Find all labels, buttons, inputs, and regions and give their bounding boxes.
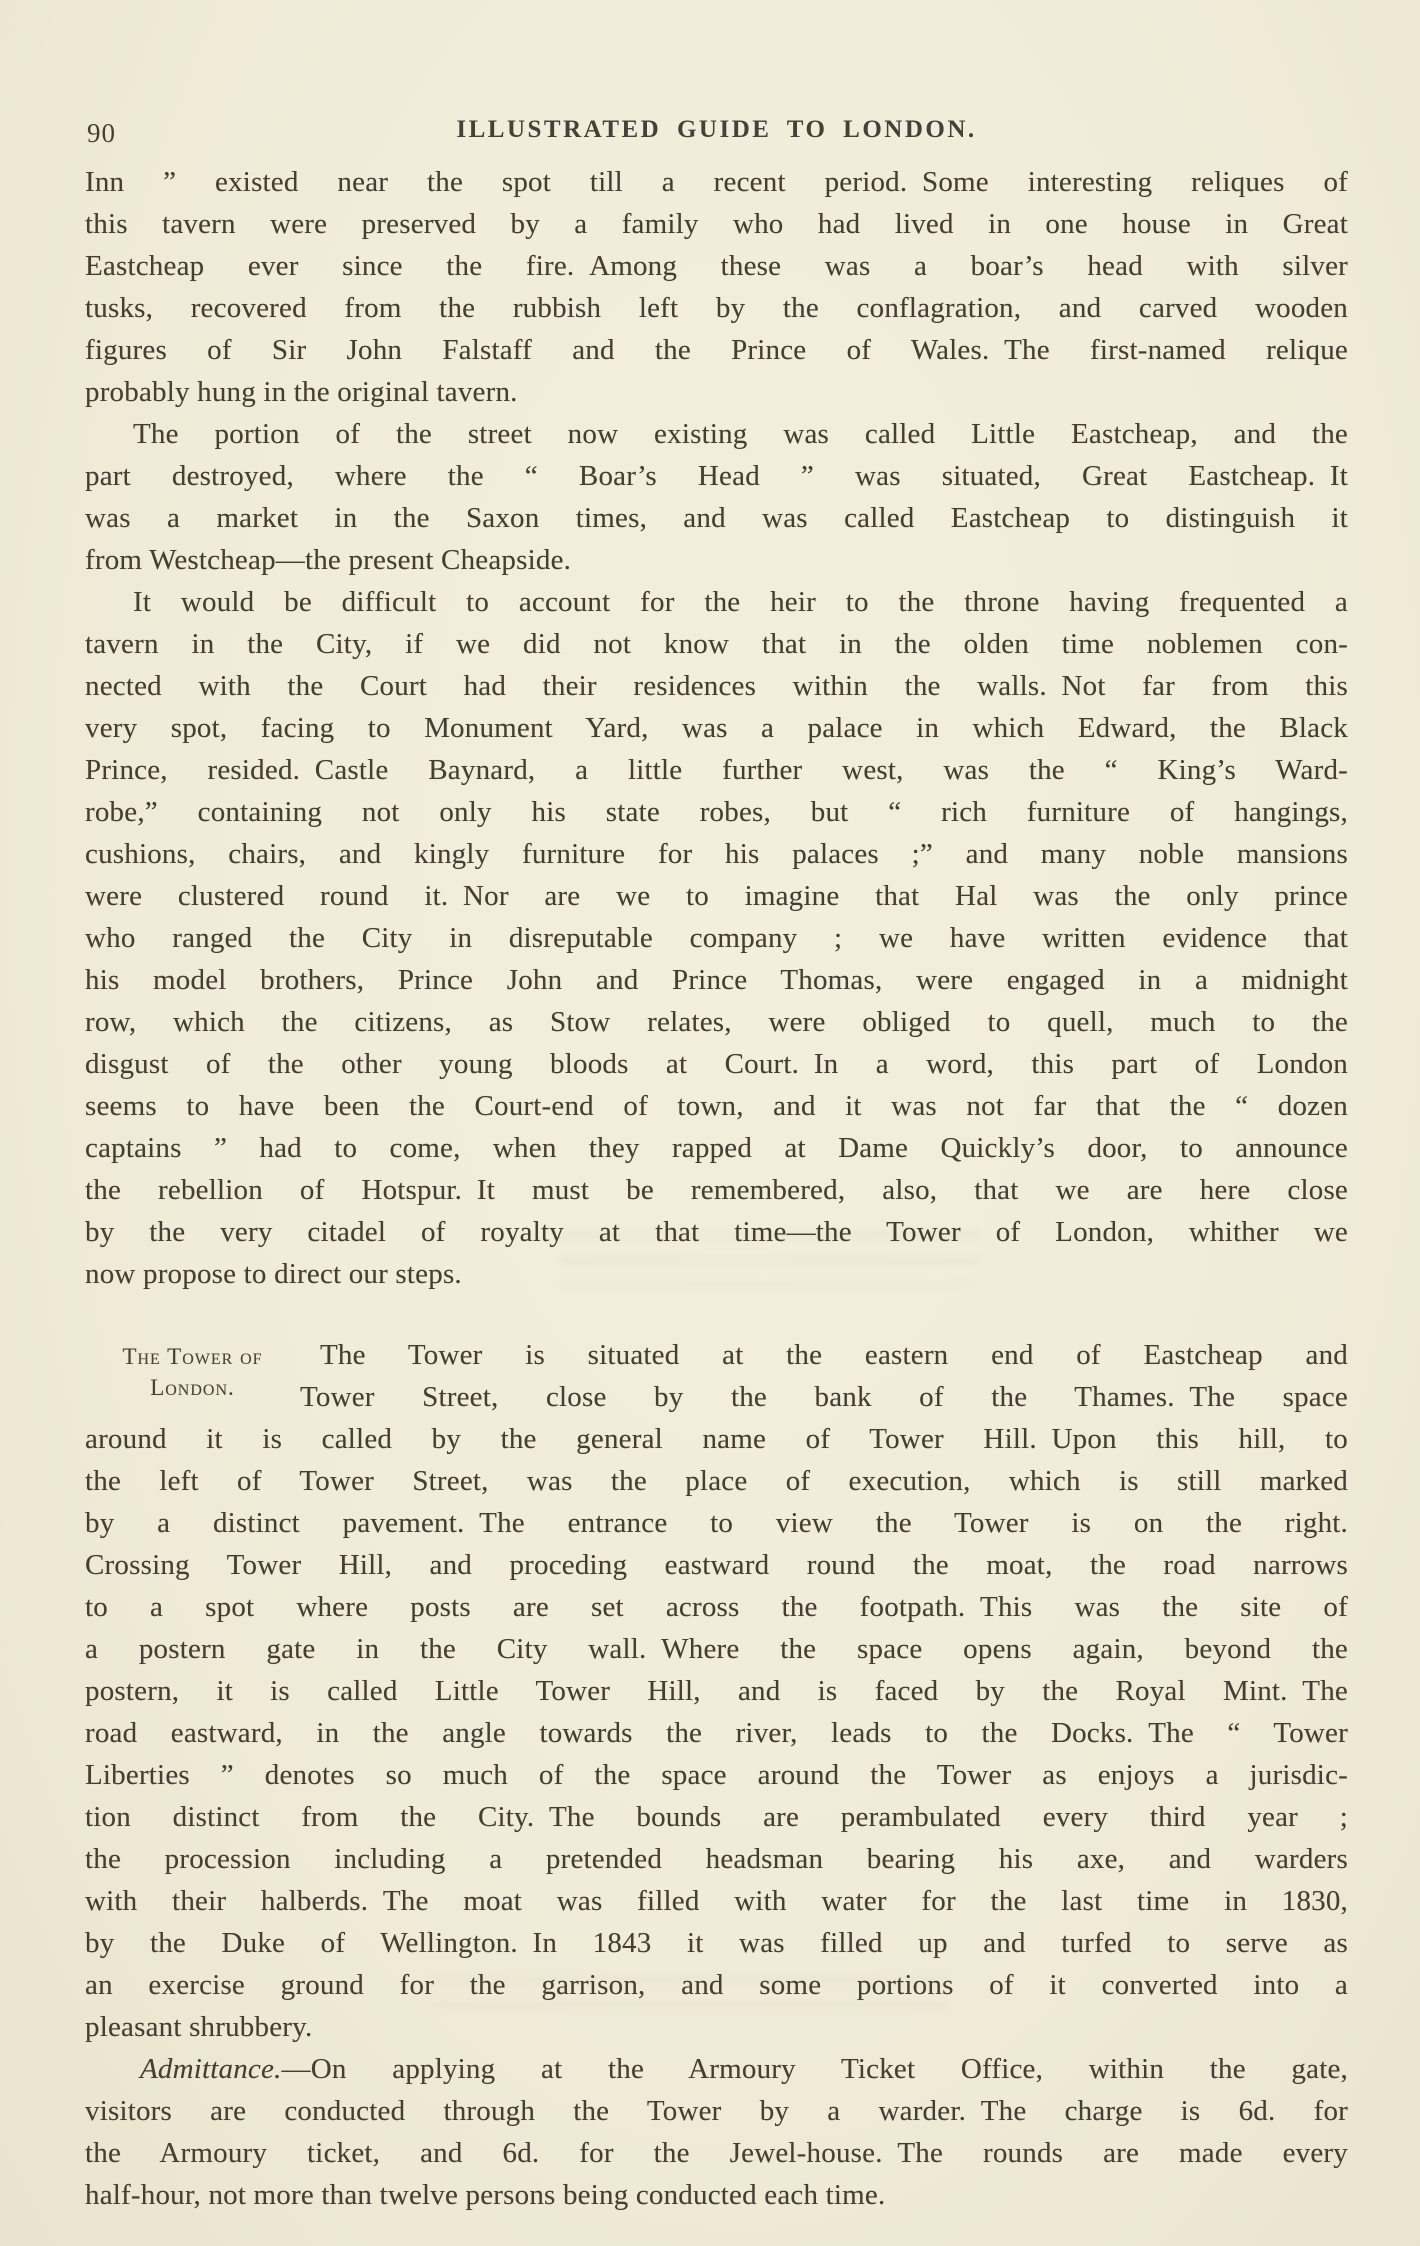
- text-line: who ranged the City in disreputable comp…: [85, 917, 1348, 959]
- page-header: 90 ILLUSTRATED GUIDE TO LONDON.: [85, 116, 1348, 150]
- text-line: row, which the citizens, as Stow relates…: [85, 1001, 1348, 1043]
- opening-paragraphs: Inn ” existed near the spot till a recen…: [85, 161, 1348, 1295]
- text-line: tavern in the City, if we did not know t…: [85, 623, 1348, 665]
- text-line: with their halberds. The moat was filled…: [85, 1880, 1348, 1922]
- text-line: Prince, resided. Castle Baynard, a littl…: [85, 749, 1348, 791]
- text-line: road eastward, in the angle towards the …: [85, 1712, 1348, 1754]
- page-number: 90: [87, 118, 116, 149]
- text-line: tion distinct from the City. The bounds …: [85, 1796, 1348, 1838]
- text-line: was a market in the Saxon times, and was…: [85, 497, 1348, 539]
- text-line: robe,” containing not only his state rob…: [85, 791, 1348, 833]
- text-line: the procession including a pretended hea…: [85, 1838, 1348, 1880]
- admittance-lead-italic: Admittance.: [140, 2053, 282, 2085]
- text-line: to a spot where posts are set across the…: [85, 1586, 1348, 1628]
- text-line: the rebellion of Hotspur. It must be rem…: [85, 1169, 1348, 1211]
- tower-hang-lines: The Tower is situated at the eastern end…: [300, 1334, 1348, 1418]
- text-line: the left of Tower Street, was the place …: [85, 1460, 1348, 1502]
- text-line: half-hour, not more than twelve persons …: [85, 2174, 1348, 2216]
- text-line: by a distinct pavement. The entrance to …: [85, 1502, 1348, 1544]
- text-line: visitors are conducted through the Tower…: [85, 2090, 1348, 2132]
- text-line: pleasant shrubbery.: [85, 2006, 1348, 2048]
- text-line: postern, it is called Little Tower Hill,…: [85, 1670, 1348, 1712]
- sidenote-line: The Tower of: [85, 1341, 300, 1372]
- sidenote-line: London.: [85, 1372, 300, 1403]
- text-line: around it is called by the general name …: [85, 1418, 1348, 1460]
- text-line: this tavern were preserved by a family w…: [85, 203, 1348, 245]
- text-line: tusks, recovered from the rubbish left b…: [85, 287, 1348, 329]
- text-line: Crossing Tower Hill, and proceding eastw…: [85, 1544, 1348, 1586]
- text-line: Inn ” existed near the spot till a recen…: [85, 161, 1348, 203]
- text-line: by the very citadel of royalty at that t…: [85, 1211, 1348, 1253]
- text-line: from Westcheap—the present Cheapside.: [85, 539, 1348, 581]
- text-line: disgust of the other young bloods at Cou…: [85, 1043, 1348, 1085]
- body-text: Inn ” existed near the spot till a recen…: [85, 161, 1348, 2216]
- tower-section-head: The Tower of London. The Tower is situat…: [85, 1334, 1348, 1418]
- text-line: The portion of the street now existing w…: [85, 413, 1348, 455]
- text-line: The Tower is situated at the eastern end…: [300, 1334, 1348, 1376]
- text-line: figures of Sir John Falstaff and the Pri…: [85, 329, 1348, 371]
- text-line: nected with the Court had their residenc…: [85, 665, 1348, 707]
- sidenote-tower-of-london: The Tower of London.: [85, 1334, 300, 1418]
- text-line: a postern gate in the City wall. Where t…: [85, 1628, 1348, 1670]
- text-line: part destroyed, where the “ Boar’s Head …: [85, 455, 1348, 497]
- text-line: Admittance.—On applying at the Armoury T…: [85, 2048, 1348, 2090]
- text-line: Eastcheap ever since the fire. Among the…: [85, 245, 1348, 287]
- text-line: very spot, facing to Monument Yard, was …: [85, 707, 1348, 749]
- text-line: the Armoury ticket, and 6d. for the Jewe…: [85, 2132, 1348, 2174]
- text-line: It would be difficult to account for the…: [85, 581, 1348, 623]
- text-line: by the Duke of Wellington. In 1843 it wa…: [85, 1922, 1348, 1964]
- text-line: captains ” had to come, when they rapped…: [85, 1127, 1348, 1169]
- tower-section: The Tower of London. The Tower is situat…: [85, 1334, 1348, 2048]
- text-line: Liberties ” denotes so much of the space…: [85, 1754, 1348, 1796]
- text-line: his model brothers, Prince John and Prin…: [85, 959, 1348, 1001]
- text-line: were clustered round it. Nor are we to i…: [85, 875, 1348, 917]
- admittance-paragraph: Admittance.—On applying at the Armoury T…: [85, 2048, 1348, 2216]
- running-title: ILLUSTRATED GUIDE TO LONDON.: [85, 116, 1348, 144]
- text-line: Tower Street, close by the bank of the T…: [300, 1376, 1348, 1418]
- text-line: an exercise ground for the garrison, and…: [85, 1964, 1348, 2006]
- text-line: probably hung in the original tavern.: [85, 371, 1348, 413]
- text-line: seems to have been the Court-end of town…: [85, 1085, 1348, 1127]
- text-line: cushions, chairs, and kingly furniture f…: [85, 833, 1348, 875]
- book-page: 90 ILLUSTRATED GUIDE TO LONDON. Inn ” ex…: [0, 0, 1420, 2246]
- tower-paragraph-lines: around it is called by the general name …: [85, 1418, 1348, 2048]
- text-line: now propose to direct our steps.: [85, 1253, 1348, 1295]
